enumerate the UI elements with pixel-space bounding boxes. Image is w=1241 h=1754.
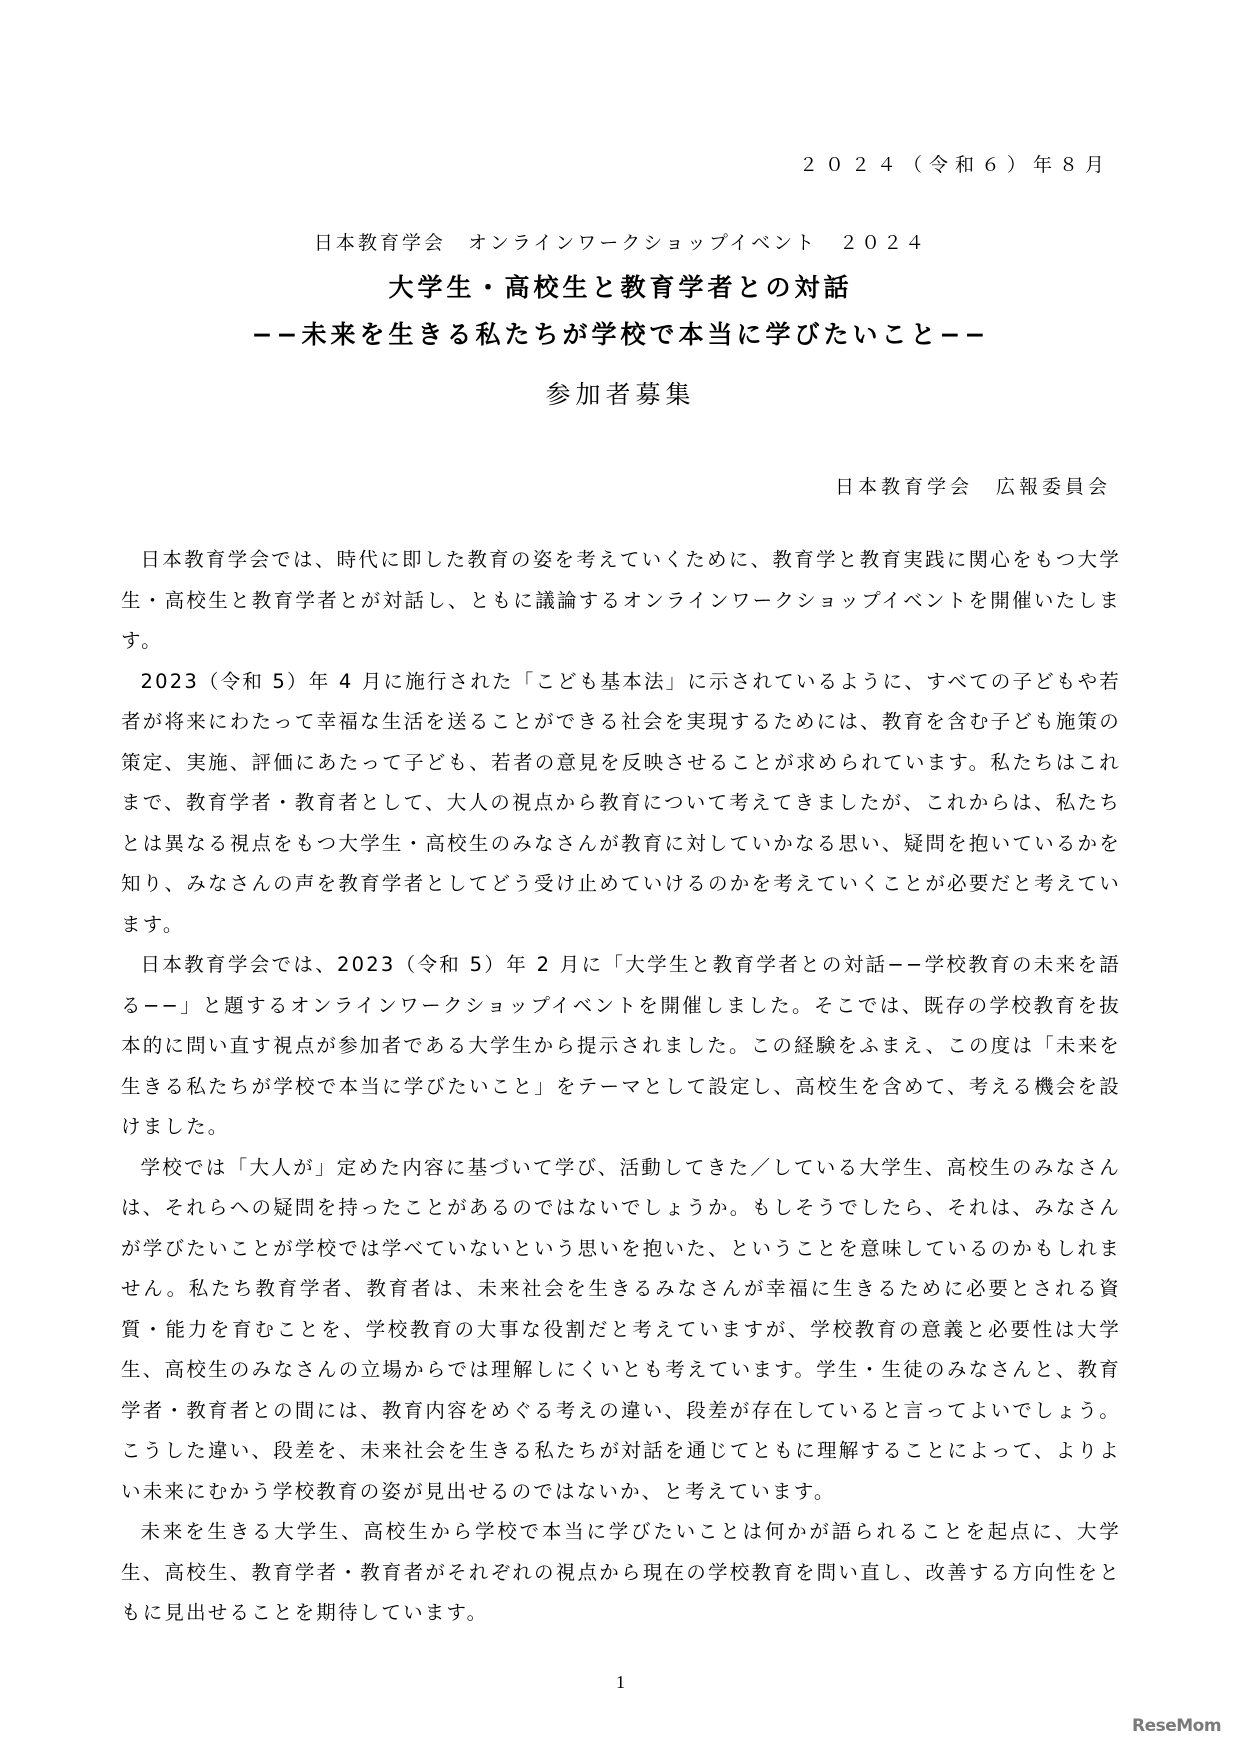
paragraph: 日本教育学会では、時代に即した教育の姿を考えていくために、教育学と教育実践に関心… xyxy=(121,540,1121,662)
paragraph: 日本教育学会では、2023（令和 5）年 2 月に「大学生と教育学者との対話−−… xyxy=(121,945,1121,1148)
watermark-logo: ReseMom xyxy=(1132,1716,1221,1736)
organizer-name: 日本教育学会 広報委員会 xyxy=(835,472,1111,499)
paragraph: 2023（令和 5）年 4 月に施行された「こども基本法」に示されているように、… xyxy=(121,662,1121,946)
recruitment-heading: 参加者募集 xyxy=(0,375,1241,411)
paragraph: 未来を生きる大学生、高校生から学校で本当に学びたいことは何かが語られることを起点… xyxy=(121,1512,1121,1634)
issue-date: ２０２４（令和６）年８月 xyxy=(799,150,1111,177)
page-number: 1 xyxy=(0,1672,1241,1693)
document-title: 大学生・高校生と教育学者との対話 xyxy=(0,268,1241,304)
event-series-line: 日本教育学会 オンラインワークショップイベント ２０２４ xyxy=(0,228,1241,255)
document-subtitle: −−未来を生きる私たちが学校で本当に学びたいこと−− xyxy=(0,315,1241,351)
paragraph: 学校では「大人が」定めた内容に基づいて学び、活動してきた／している大学生、高校生… xyxy=(121,1148,1121,1513)
body-text: 日本教育学会では、時代に即した教育の姿を考えていくために、教育学と教育実践に関心… xyxy=(121,540,1121,1634)
